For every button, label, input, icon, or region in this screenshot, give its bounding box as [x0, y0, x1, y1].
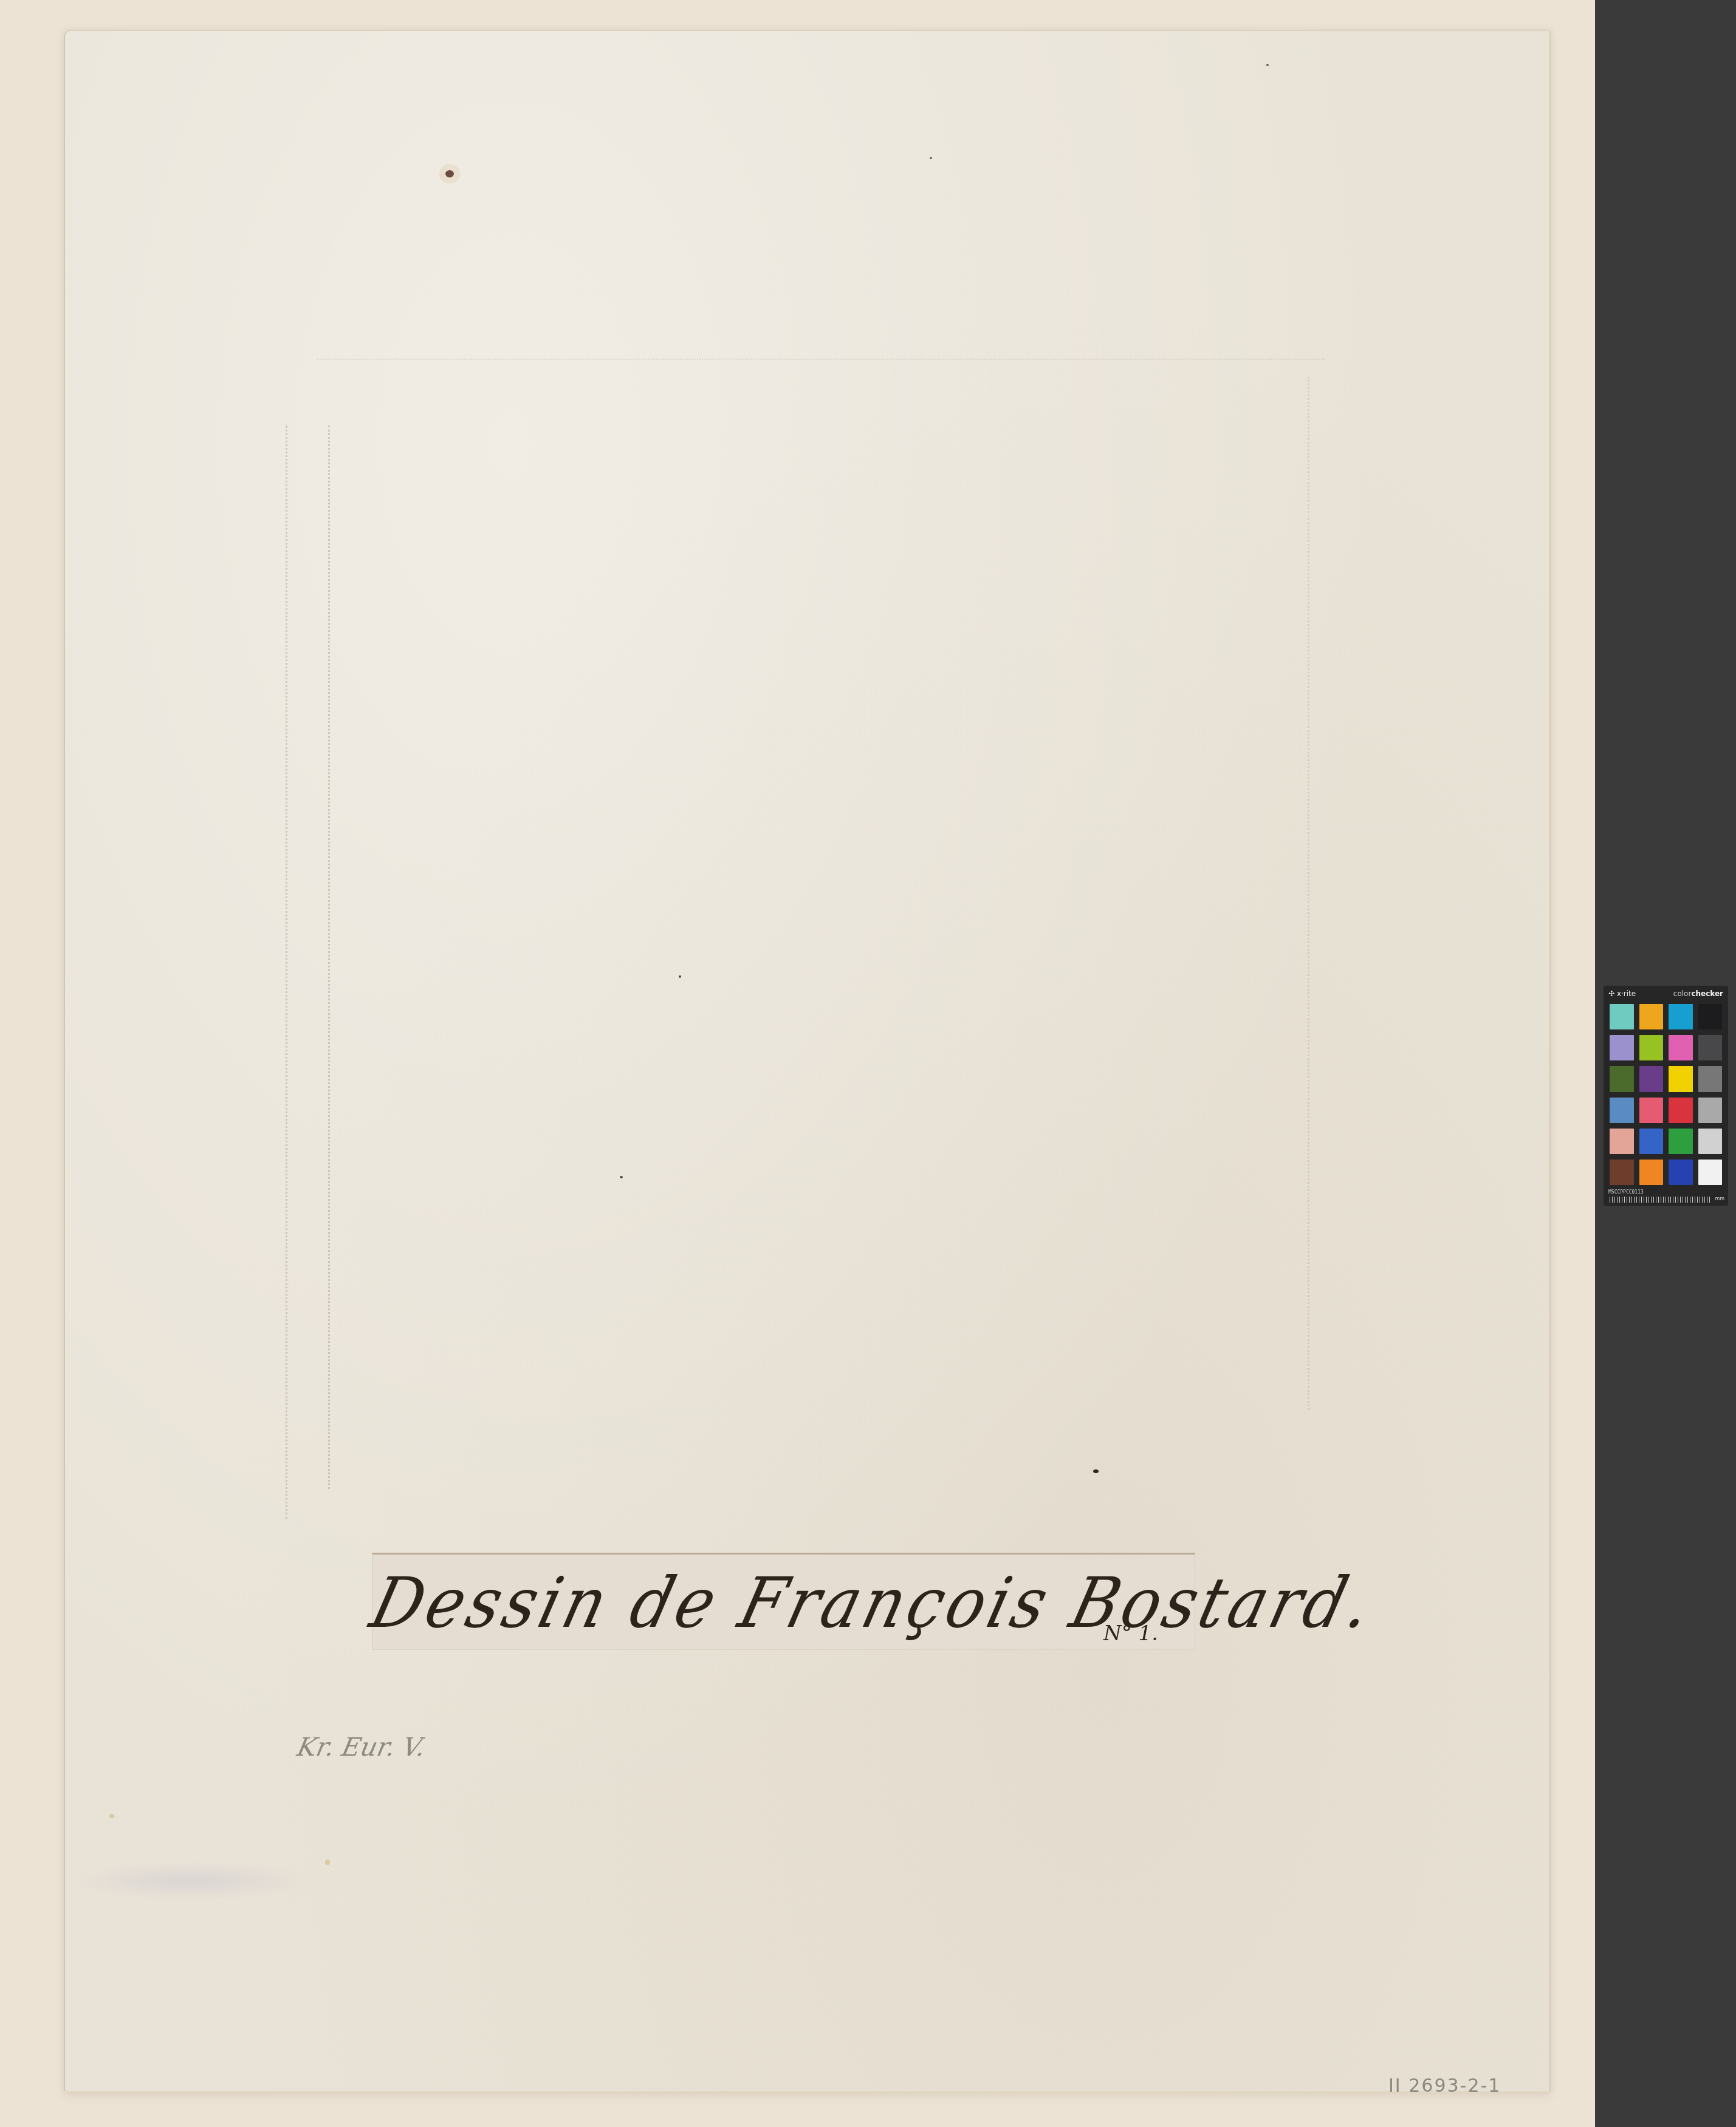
- color-patch: [1698, 1066, 1723, 1091]
- label-number: N° 1.: [1103, 1621, 1158, 1646]
- color-calibration-target: ✣ x·rite colorchecker MSCCPPCC0113 mm: [1604, 986, 1728, 1206]
- xrite-logo: ✣ x·rite: [1608, 989, 1636, 998]
- color-patch: [1669, 1129, 1693, 1154]
- stain-spot: [1093, 1469, 1099, 1473]
- color-patch: [1669, 1004, 1693, 1029]
- pencil-annotation: Kr. Eur. V.: [295, 1732, 428, 1762]
- color-patch: [1610, 1160, 1634, 1185]
- color-patch: [1639, 1035, 1664, 1060]
- plate-mark-top: [316, 359, 1325, 360]
- plate-mark-right: [1308, 377, 1309, 1410]
- brand-name: x·rite: [1617, 989, 1636, 998]
- serial-number: MSCCPPCC0113: [1608, 1189, 1644, 1195]
- stain-spot: [620, 1176, 623, 1178]
- color-patch: [1669, 1098, 1693, 1123]
- color-patch: [1639, 1004, 1664, 1029]
- color-patch: [1610, 1129, 1634, 1154]
- stain-spot: [679, 975, 681, 978]
- ink-bleed-through: [64, 1860, 319, 1902]
- stain-spot: [1266, 64, 1269, 66]
- colorchecker-title: colorchecker: [1673, 989, 1723, 998]
- label-inscription: Dessin de François Bostard.: [363, 1562, 1185, 1643]
- ruler-unit: mm: [1715, 1196, 1724, 1201]
- title-light: color: [1673, 989, 1692, 998]
- stain-spot: [109, 1814, 114, 1818]
- plate-mark-left-inner: [328, 425, 330, 1489]
- mm-ruler: [1610, 1197, 1710, 1203]
- stain-spot: [930, 157, 932, 159]
- plate-mark-left-outer: [286, 425, 287, 1519]
- color-patch: [1610, 1098, 1634, 1123]
- title-bold: checker: [1691, 989, 1723, 998]
- color-patch: [1639, 1098, 1664, 1123]
- color-patch: [1610, 1004, 1634, 1029]
- color-patch: [1669, 1066, 1693, 1091]
- color-patch: [1698, 1129, 1723, 1154]
- color-patch: [1698, 1160, 1723, 1185]
- stain-spot: [325, 1860, 330, 1865]
- inscription-label: Dessin de François Bostard. N° 1.: [372, 1553, 1195, 1650]
- color-patch: [1669, 1035, 1693, 1060]
- stain-spot: [445, 170, 454, 177]
- color-patch: [1698, 1004, 1723, 1029]
- color-patch: [1669, 1160, 1693, 1185]
- color-patch: [1698, 1035, 1723, 1060]
- color-patch: [1639, 1160, 1664, 1185]
- color-patch: [1639, 1129, 1664, 1154]
- color-patch-grid: [1610, 1004, 1722, 1185]
- color-patch: [1610, 1035, 1634, 1060]
- color-patch: [1610, 1066, 1634, 1091]
- color-patch: [1698, 1098, 1723, 1123]
- color-patch: [1639, 1066, 1664, 1091]
- inventory-number: II 2693-2-1: [1388, 2075, 1501, 2097]
